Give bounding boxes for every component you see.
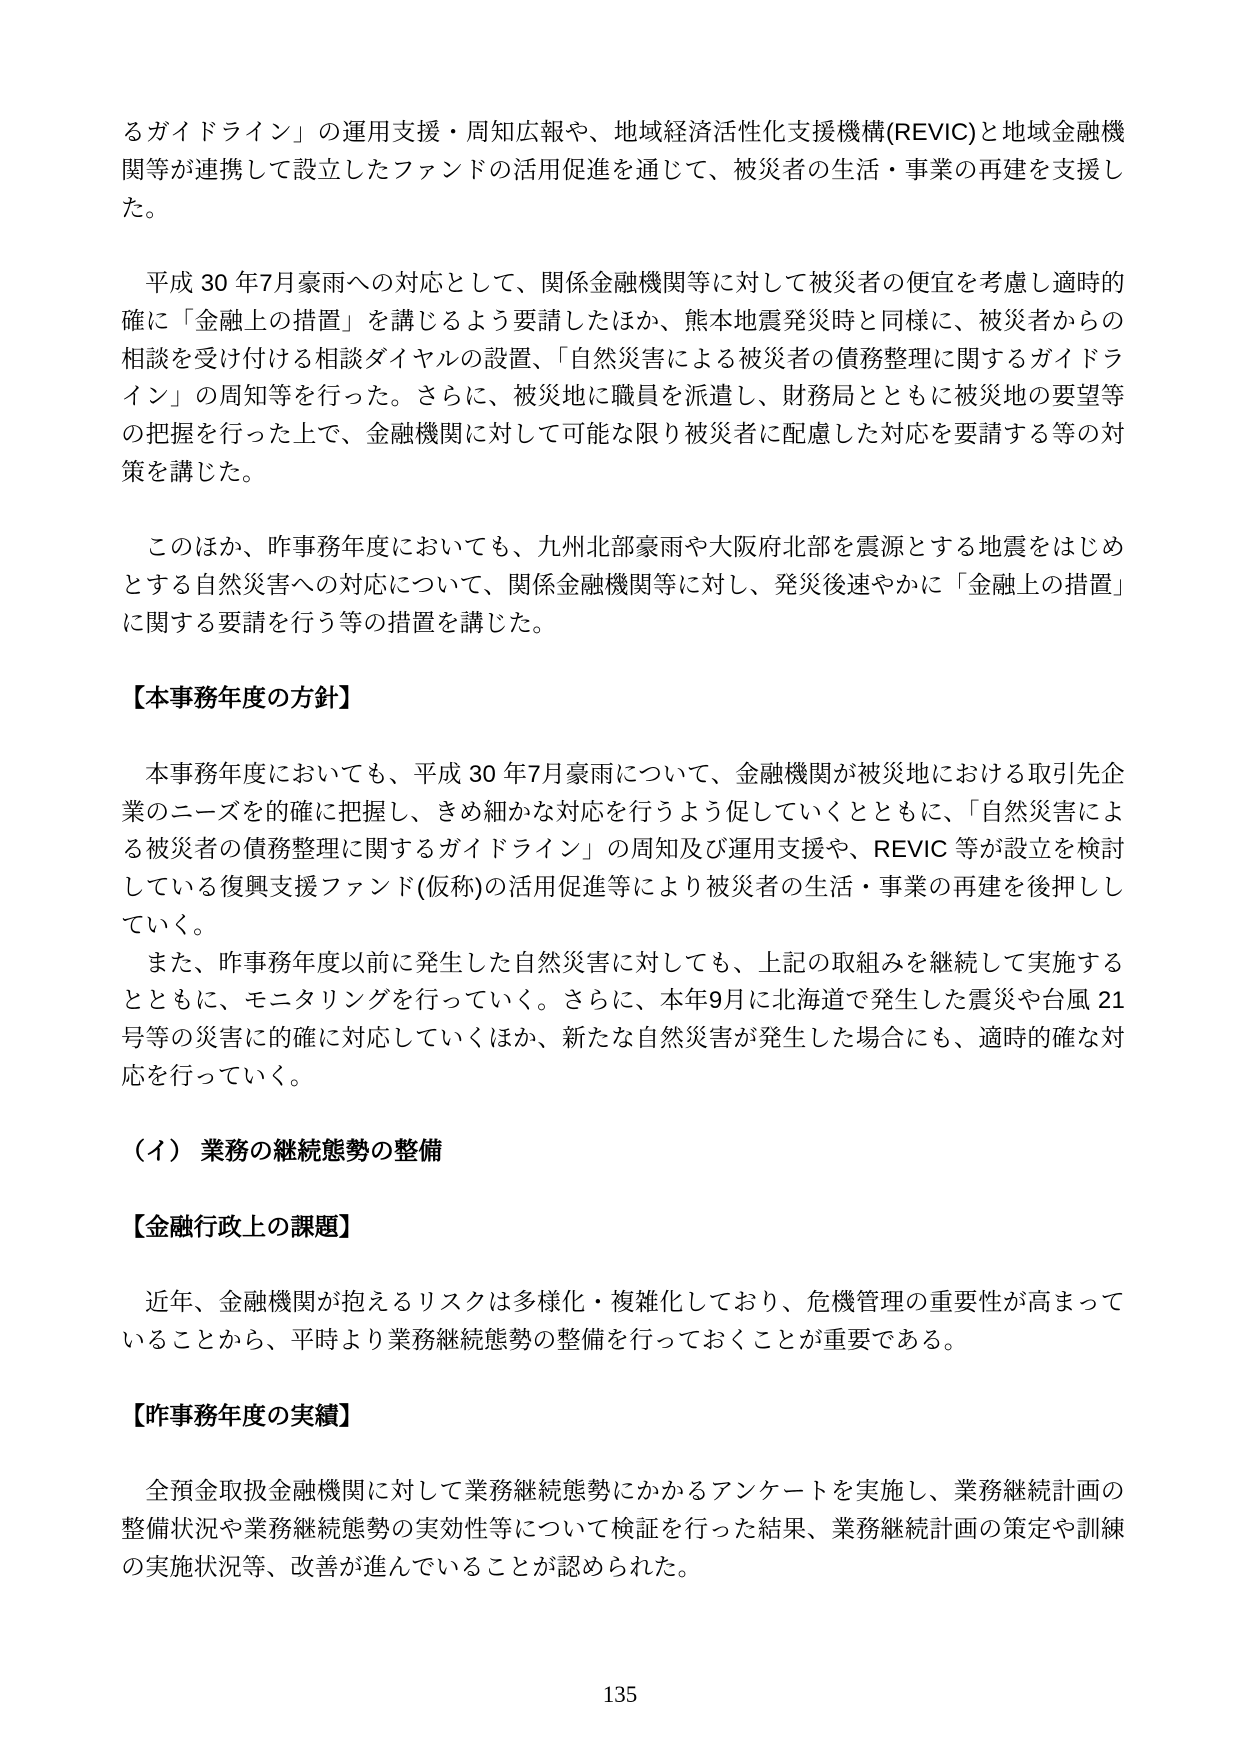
document-body: るガイドライン」の運用支援・周知広報や、地域経済活性化支援機構(REVIC)と地… (121, 114, 1125, 1586)
body-paragraph: 近年、金融機関が抱えるリスクは多様化・複雑化しており、危機管理の重要性が高まって… (121, 1284, 1125, 1360)
body-paragraph: 全預金取扱金融機関に対して業務継続態勢にかかるアンケートを実施し、業務継続計画の… (121, 1473, 1125, 1586)
body-paragraph: 本事務年度においても、平成 30 年7月豪雨について、金融機関が被災地における取… (121, 756, 1125, 945)
page-footer: 135 (0, 1682, 1240, 1708)
section-heading: （イ） 業務の継続態勢の整備 (121, 1133, 1125, 1171)
section-heading: 【昨事務年度の実績】 (121, 1398, 1125, 1436)
body-paragraph: 平成 30 年7月豪雨への対応として、関係金融機関等に対して被災者の便宜を考慮し… (121, 265, 1125, 492)
section-heading: 【金融行政上の課題】 (121, 1209, 1125, 1247)
section-heading: 【本事務年度の方針】 (121, 680, 1125, 718)
body-paragraph: このほか、昨事務年度においても、九州北部豪雨や大阪府北部を震源とする地震をはじめ… (121, 529, 1125, 642)
body-paragraph: るガイドライン」の運用支援・周知広報や、地域経済活性化支援機構(REVIC)と地… (121, 114, 1125, 227)
body-paragraph: また、昨事務年度以前に発生した自然災害に対しても、上記の取組みを継続して実施する… (121, 945, 1125, 1096)
page-number: 135 (603, 1682, 638, 1707)
